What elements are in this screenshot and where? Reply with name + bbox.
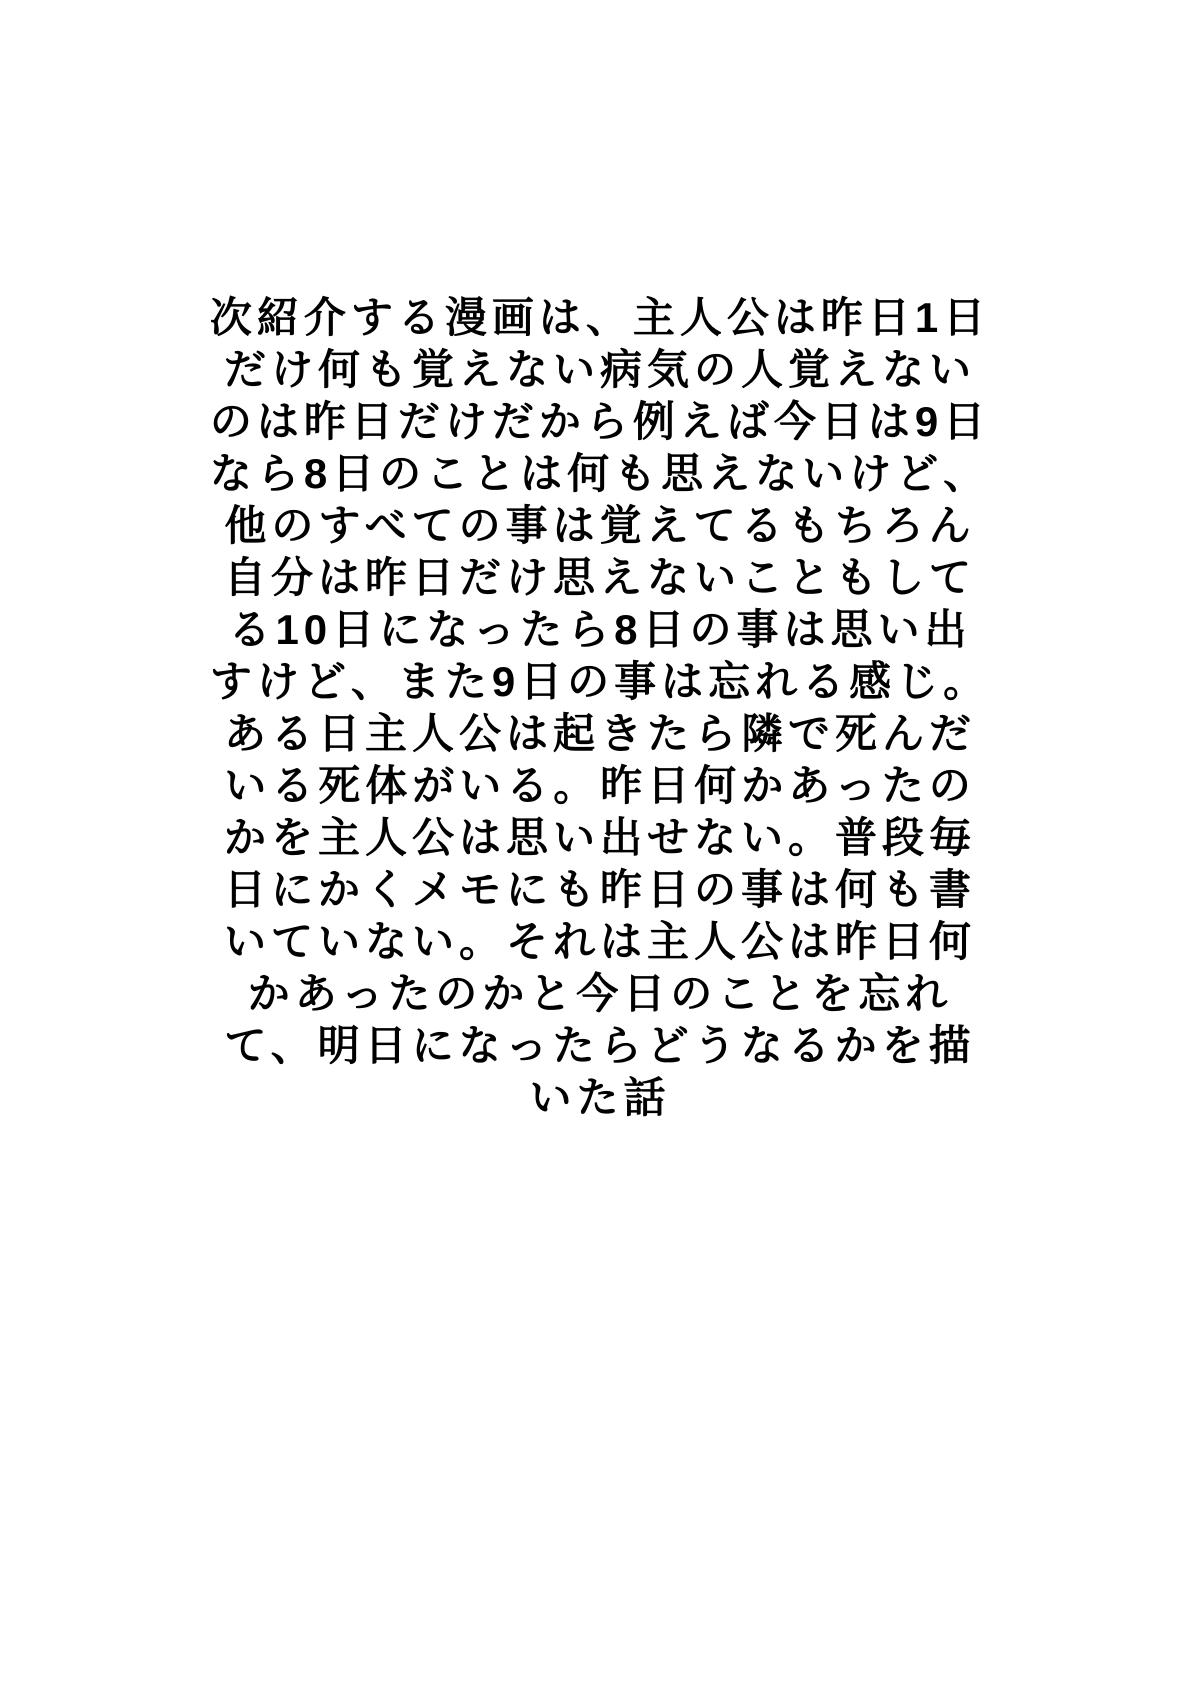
memo-text: 次紹介する漫画は、主人公は昨日1日 だけ何も覚えない病気の人覚えない のは昨日だ… bbox=[0, 292, 1200, 1124]
text-line: 日にかくメモにも昨日の事は何も書 bbox=[0, 864, 1200, 916]
page: { "page": { "background_color": "#ffffff… bbox=[0, 0, 1200, 1683]
text-line: ある日主人公は起きたら隣で死んだ bbox=[0, 708, 1200, 760]
text-line: 他のすべての事は覚えてるもちろん bbox=[0, 500, 1200, 552]
text-line: なら8日のことは何も思えないけど、 bbox=[0, 448, 1200, 500]
text-line: かを主人公は思い出せない。普段毎 bbox=[0, 812, 1200, 864]
text-line: かあったのかと今日のことを忘れ bbox=[0, 968, 1200, 1020]
text-line: る10日になったら8日の事は思い出 bbox=[0, 604, 1200, 656]
text-line: いた話 bbox=[0, 1072, 1200, 1124]
text-line: いる死体がいる。昨日何かあったの bbox=[0, 760, 1200, 812]
text-line: 自分は昨日だけ思えないこともして bbox=[0, 552, 1200, 604]
text-line: 次紹介する漫画は、主人公は昨日1日 bbox=[0, 292, 1200, 344]
text-line: て、明日になったらどうなるかを描 bbox=[0, 1020, 1200, 1072]
text-line: すけど、また9日の事は忘れる感じ。 bbox=[0, 656, 1200, 708]
text-line: いていない。それは主人公は昨日何 bbox=[0, 916, 1200, 968]
text-line: のは昨日だけだから例えば今日は9日 bbox=[0, 396, 1200, 448]
text-line: だけ何も覚えない病気の人覚えない bbox=[0, 344, 1200, 396]
